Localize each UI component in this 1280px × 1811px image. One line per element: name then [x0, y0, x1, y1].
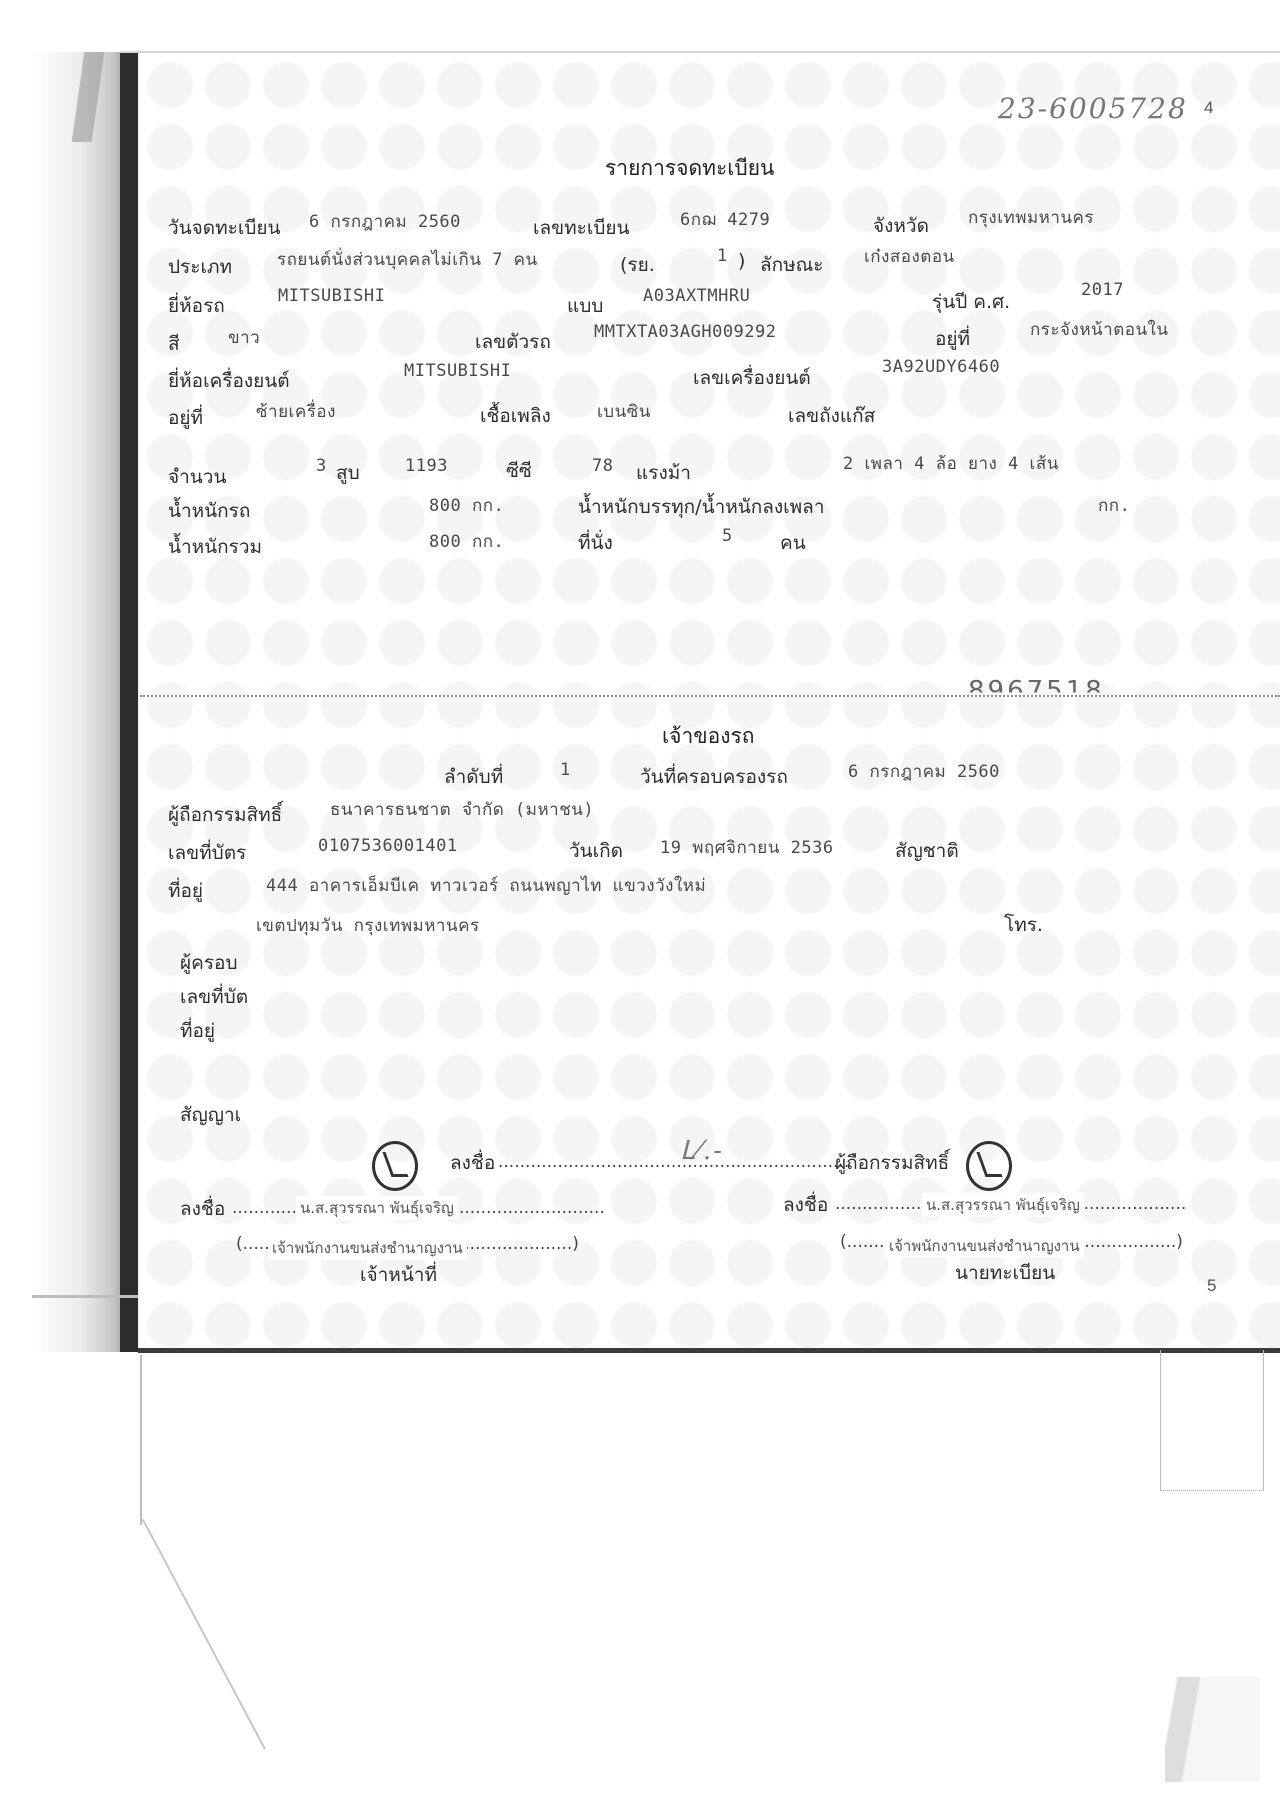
fuel-label: เชื้อเพลิง — [480, 401, 551, 431]
chassis-label: เลขตัวรถ — [475, 327, 551, 357]
holder-label: ผู้ถือกรรมสิทธิ์ — [168, 800, 282, 830]
type-value: รถยนต์นั่งส่วนบุคคลไม่เกิน 7 คน — [277, 246, 538, 273]
page-number-top: 4 — [1204, 98, 1213, 118]
possessor-id-label: เลขที่บัต — [180, 982, 248, 1012]
possession-date-value: 6 กรกฎาคม 2560 — [848, 758, 1000, 785]
brand-value: MITSUBISHI — [278, 286, 385, 306]
engine-brand-label: ยี่ห้อเครื่องยนต์ — [168, 366, 290, 396]
engine-number-value: 3A92UDY6460 — [882, 357, 1000, 377]
document-top-edge — [120, 51, 1280, 53]
address-line-2: เขตปทุมวัน กรุงเทพมหานคร — [256, 912, 480, 939]
page-number-bottom: 5 — [1207, 1276, 1216, 1296]
scan-artifact-tick — [32, 1295, 138, 1298]
chassis-location-value: กระจังหน้าตอนใน — [1030, 316, 1168, 343]
reg-date-value: 6 กรกฎาคม 2560 — [309, 208, 461, 235]
seats-label: ที่นั่ง — [578, 528, 613, 558]
total-weight-label: น้ำหนักรวม — [168, 532, 262, 562]
address-label: ที่อยู่ — [168, 876, 203, 906]
section-divider — [140, 695, 1280, 697]
color-value: ขาว — [228, 324, 260, 351]
cylinders-unit: สูบ — [336, 458, 360, 488]
id-card-label: เลขที่บัตร — [168, 838, 246, 868]
type-code-close: ) — [738, 250, 745, 272]
hp-unit: แรงม้า — [636, 458, 691, 488]
section-title-registration: รายการจดทะเบียน — [605, 152, 774, 185]
officer-position: เจ้าพนักงานขนส่งชำนาญงาน — [268, 1236, 467, 1260]
officer-role: เจ้าหน้าที่ — [360, 1260, 437, 1290]
cc-unit: ซีซี — [506, 456, 532, 486]
type-code-value: 1 — [717, 246, 728, 266]
plate-value: 6กฌ 4279 — [680, 206, 770, 233]
scan-corner-smudge — [1165, 1677, 1260, 1782]
initial-stamp-left-icon — [372, 1141, 418, 1191]
possession-date-label: วันที่ครอบครองรถ — [640, 762, 788, 792]
vehicle-weight-label: น้ำหนักรถ — [168, 496, 250, 526]
officer-name: น.ส.สุวรรณา พันธุ์เจริญ — [296, 1196, 458, 1220]
cylinders-value: 3 — [316, 456, 327, 476]
engine-location-value: ซ้ายเครื่อง — [256, 398, 336, 425]
sequence-label: ลำดับที่ — [444, 762, 503, 792]
plate-label: เลขทะเบียน — [533, 213, 630, 243]
seats-unit: คน — [780, 528, 806, 558]
registrar-role: นายทะเบียน — [955, 1258, 1055, 1288]
type-code-open: (รย. — [620, 250, 655, 280]
birth-date-label: วันเกิด — [569, 836, 623, 866]
load-weight-label: น้ำหนักบรรทุก/น้ำหนักลงเพลา — [578, 492, 825, 522]
underlying-page-tab — [1160, 1350, 1264, 1491]
style-label: ลักษณะ — [760, 250, 824, 280]
id-card-value: 0107536001401 — [318, 836, 458, 856]
document-bottom-edge — [138, 1348, 1280, 1353]
section-title-owner: เจ้าของรถ — [662, 720, 755, 753]
model-value: A03AXTMHRU — [643, 286, 750, 306]
reg-date-label: วันจดทะเบียน — [168, 213, 281, 243]
seats-value: 5 — [722, 526, 733, 546]
style-value: เก๋งสองตอน — [864, 243, 955, 270]
engine-brand-value: MITSUBISHI — [404, 361, 511, 381]
year-label: รุ่นปี ค.ศ. — [932, 287, 1010, 317]
underlying-page-fold — [142, 1519, 266, 1750]
registrar-name: น.ส.สุวรรณา พันธุ์เจริญ — [922, 1193, 1084, 1217]
possessor-address-label: ที่อยู่ — [180, 1016, 215, 1046]
holder-sign-label: ลงชื่อ — [450, 1148, 495, 1178]
underlying-page-edge — [140, 1355, 142, 1525]
registrar-sign-label: ลงชื่อ — [783, 1190, 828, 1220]
initial-stamp-right-icon — [966, 1141, 1012, 1191]
holder-role-label: ผู้ถือกรรมสิทธิ์ — [835, 1148, 949, 1178]
holder-sign-line: ........................................… — [498, 1152, 849, 1172]
phone-label: โทร. — [1004, 910, 1043, 940]
brand-label: ยี่ห้อรถ — [168, 291, 225, 321]
address-line-1: 444 อาคารเอ็มบีเค ทาวเวอร์ ถนนพญาไท แขวง… — [266, 872, 706, 899]
handwritten-signature: ᒪ⁄.- — [680, 1136, 724, 1166]
registrar-position: เจ้าพนักงานขนส่งชำนาญงาน — [885, 1234, 1084, 1258]
nationality-label: สัญชาติ — [895, 836, 959, 866]
possessor-label: ผู้ครอบ — [180, 948, 238, 978]
province-value: กรุงเทพมหานคร — [968, 204, 1094, 231]
province-label: จังหวัด — [873, 211, 929, 241]
chassis-value: MMTXTA03AGH009292 — [594, 322, 777, 342]
holder-value: ธนาคารธนชาต จำกัด (มหาชน) — [330, 796, 594, 823]
engine-number-label: เลขเครื่องยนต์ — [693, 363, 811, 393]
color-label: สี — [168, 329, 180, 359]
count-label: จำนวน — [168, 462, 226, 492]
birth-date-value: 19 พฤศจิกายน 2536 — [660, 834, 834, 861]
handwritten-reference: 23-6005728 — [998, 92, 1188, 125]
chassis-location-label: อยู่ที่ — [935, 324, 970, 354]
gas-tank-label: เลขถังแก๊ส — [788, 401, 875, 431]
model-label: แบบ — [567, 291, 603, 321]
engine-location-label: อยู่ที่ — [168, 403, 203, 433]
axle-description: 2 เพลา 4 ล้อ ยาง 4 เส้น — [843, 450, 1059, 477]
year-value: 2017 — [1081, 280, 1124, 300]
vehicle-weight-value: 800 กก. — [429, 492, 504, 519]
contract-label: สัญญาเ — [180, 1100, 241, 1130]
binding-edge — [120, 52, 138, 1352]
total-weight-value: 800 กก. — [429, 528, 504, 555]
officer-sign-label: ลงชื่อ — [180, 1194, 225, 1224]
fuel-value: เบนซิน — [597, 398, 651, 425]
sequence-value: 1 — [560, 760, 571, 780]
hp-value: 78 — [592, 456, 613, 476]
cc-value: 1193 — [405, 456, 448, 476]
type-label: ประเภท — [168, 252, 232, 282]
load-weight-unit: กก. — [1098, 492, 1130, 519]
